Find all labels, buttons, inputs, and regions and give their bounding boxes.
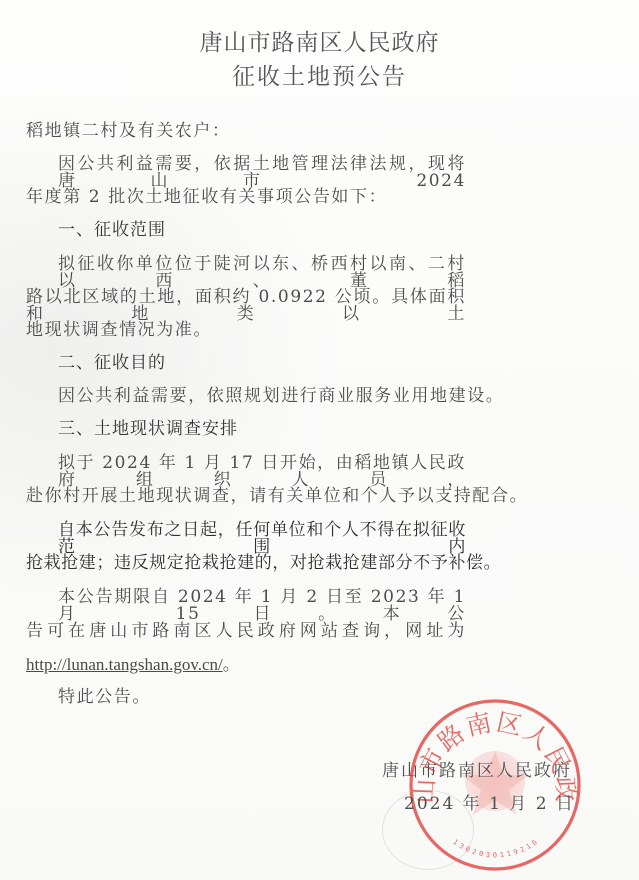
survey-line-1: 拟于 2024 年 1 月 17 日开始，由稻地镇人民政府组织人员， bbox=[58, 455, 466, 489]
period-line-2: 告可在唐山市路南区人民政府网站查询，网址为 bbox=[26, 623, 466, 640]
signature-org: 唐山市路南区人民政府 bbox=[382, 763, 572, 780]
website-link[interactable]: http://lunan.tangshan.gov.cn/ bbox=[26, 655, 223, 674]
document-title-issuer: 唐山市路南区人民政府 bbox=[0, 32, 639, 55]
signature-date: 2024 年 1 月 2 日 bbox=[404, 796, 575, 813]
official-seal-icon: 唐山市路南区人民政府 1302030119216 bbox=[407, 697, 583, 873]
survey-line-2: 赴你村开展土地现状调查，请有关单位和个人予以支持配合。 bbox=[26, 488, 466, 505]
scope-line-3: 地现状调查情况为准。 bbox=[26, 322, 466, 339]
url-suffix: 。 bbox=[223, 655, 242, 675]
warning-line-1: 自本公告发布之日起，任何单位和个人不得在拟征收范围内 bbox=[58, 522, 466, 556]
purpose-line-1: 因公共利益需要，依照规划进行商业服务业用地建设。 bbox=[58, 388, 466, 405]
section-heading-purpose: 二、征收目的 bbox=[58, 355, 466, 372]
closing-text: 特此公告。 bbox=[58, 689, 466, 706]
intro-line-2: 年度第 2 批次土地征收有关事项公告如下： bbox=[26, 189, 466, 206]
scope-line-1: 拟征收你单位位于陡河以东、桥西村以南、二村以西、董稻 bbox=[58, 256, 466, 290]
url-line: http://lunan.tangshan.gov.cn/。 bbox=[26, 656, 466, 674]
seal-code: 1302030119216 bbox=[451, 837, 541, 860]
period-line-1: 本公告期限自 2024 年 1 月 2 日至 2023 年 1 月 15 日。本… bbox=[58, 589, 466, 623]
svg-text:1302030119216: 1302030119216 bbox=[451, 837, 541, 860]
section-heading-survey: 三、土地现状调查安排 bbox=[58, 421, 466, 438]
document-title: 征收土地预公告 bbox=[0, 66, 639, 89]
addressee: 稻地镇二村及有关农户： bbox=[26, 123, 466, 140]
scope-line-2: 路以北区域的土地，面积约 0.0922 公顷。具体面积和地类以土 bbox=[26, 289, 466, 323]
section-heading-scope: 一、征收范围 bbox=[58, 222, 466, 239]
warning-line-2: 抢栽抢建；违反规定抢栽抢建的，对抢栽抢建部分不予补偿。 bbox=[26, 555, 466, 572]
intro-line-1: 因公共利益需要，依据土地管理法律法规，现将唐山市 2024 bbox=[58, 156, 466, 190]
